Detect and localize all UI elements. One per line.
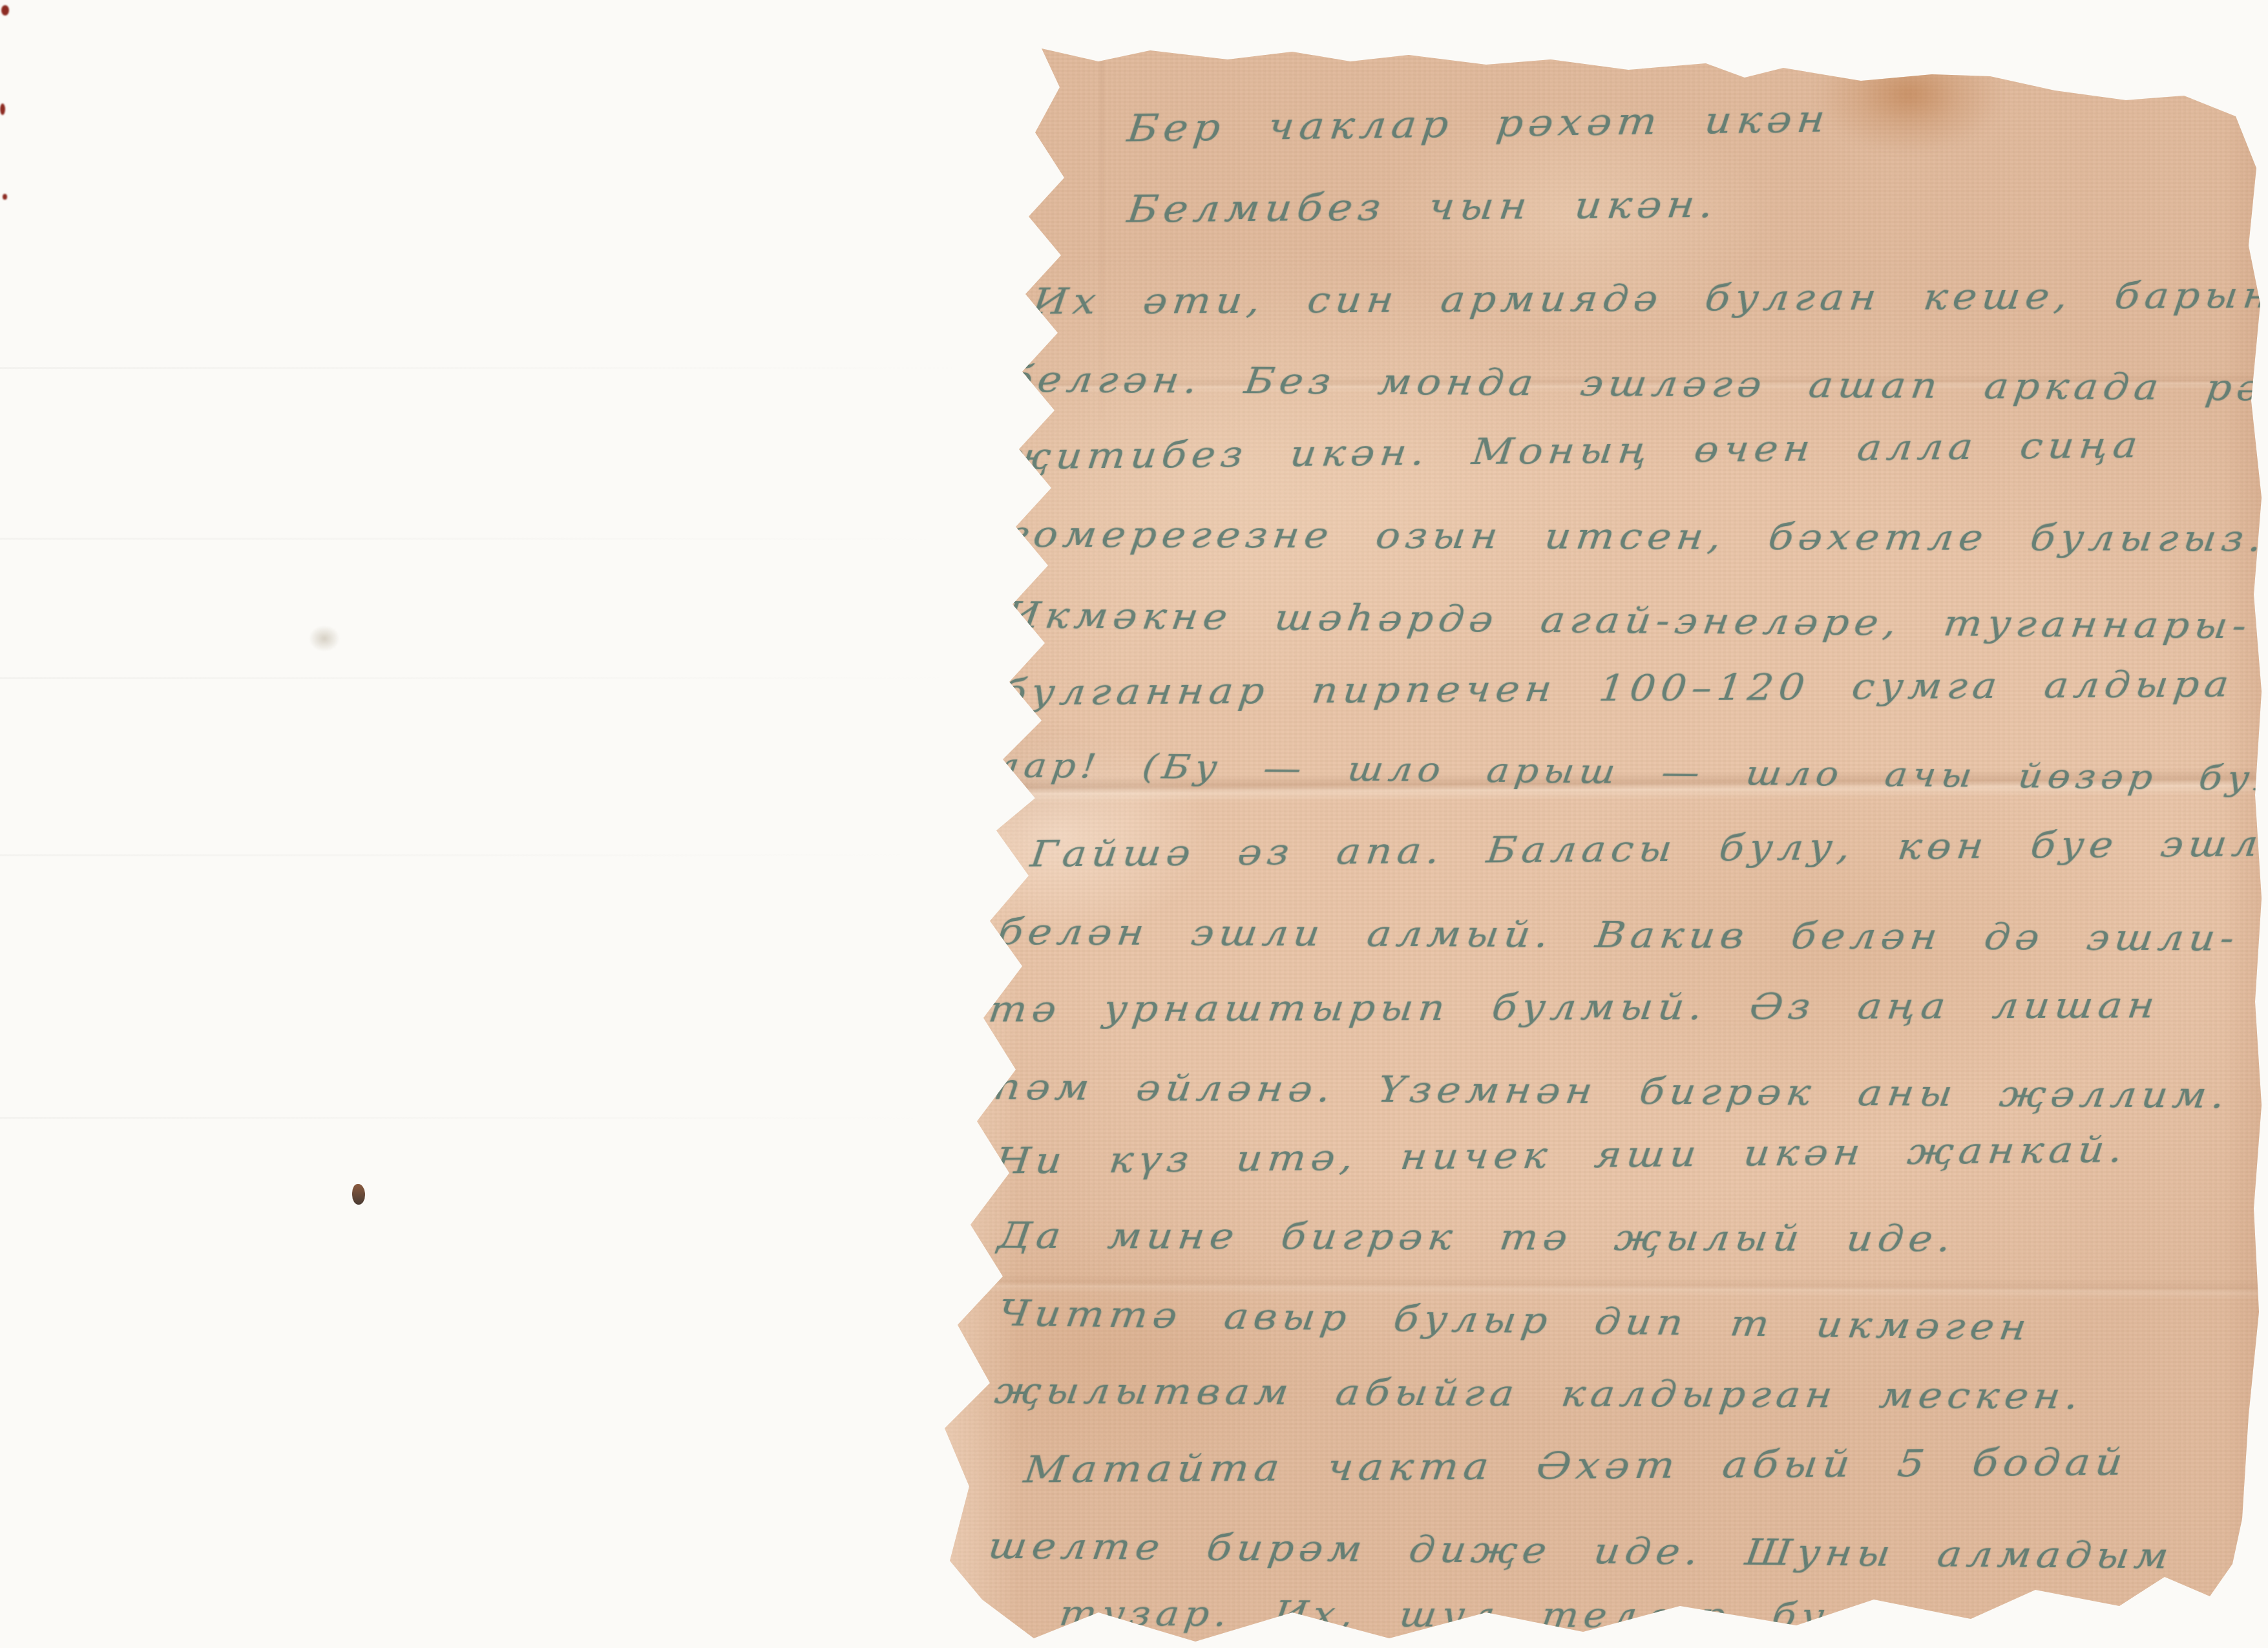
scanner-canvas: { "meta": { "description": "Scan of an o… [0,0,2268,1648]
handwriting-line: Их әти, син армиядә булган кеше, барын [1030,275,2268,323]
handwriting-line: тузар. Их, шул телләр булса. [1057,1593,1934,1637]
scan-streak [0,538,956,540]
handwriting-line: лар! (Бу — шло арыш — шло ачы йөзәр була… [992,746,2268,799]
handwriting-line: тә урнаштырып булмый. Әз аңа лишан [986,985,2161,1031]
handwriting-line: Гайшә әз апа. Баласы булу, көн буе эшләү [1028,823,2268,876]
scan-streak [0,367,982,369]
handwriting-line: гомерегезне озын итсен, бәхетле булыгыз. [1005,514,2268,560]
scan-streak [0,854,930,856]
handwriting-line: белән эшли алмый. Вакив белән дә эшли- [996,911,2242,960]
handwriting-line: җылытвам абыйга калдырган мескен. [992,1370,2086,1418]
handwriting-line: җитибез икән. Моның өчен алла сиңа [1002,425,2145,479]
handwriting-line: Белмибез чын икән. [1125,182,1721,231]
handwriting-line: Читтә авыр булыр дип т икмәген [996,1293,2034,1349]
handwriting-line: Да мине бигрәк тә җылый иде. [996,1215,1958,1260]
scan-streak [0,677,969,679]
handwriting-line: шелте бирәм диҗе иде. Шуны алмадым [986,1525,2176,1578]
edge-speck-red [3,194,7,200]
debris-speck-brown [352,1184,365,1205]
handwriting-line: булганнар пирпечен 100–120 сумга алдыра [999,664,2236,714]
handwriting-line: һәм әйләнә. Үземнән бигрәк аны җәллим. [992,1066,2232,1117]
handwriting-line: Ни күз итә, ничек яши икән җанкай. [992,1129,2129,1183]
handwriting-line: Икмәкне шәһәрдә агай-энеләре, туганнары- [1002,595,2254,648]
edge-speck-red [1,5,9,16]
dust-speck-grey [309,626,340,651]
handwriting-line: Матайта чакта Әхәт абый 5 бодай [1022,1440,2130,1492]
scan-streak [0,1117,943,1119]
handwriting-line: белгән. Без монда эшләгә ашап аркада рәх… [1005,359,2268,410]
letter-paper: Бер чаклар рәхәт икәнБелмибез чын икән.И… [940,23,2268,1648]
handwriting-lines: Бер чаклар рәхәт икәнБелмибез чын икән.И… [940,23,2268,1648]
handwriting-line: Бер чаклар рәхәт икән [1125,97,1832,151]
edge-speck-red [0,103,5,115]
